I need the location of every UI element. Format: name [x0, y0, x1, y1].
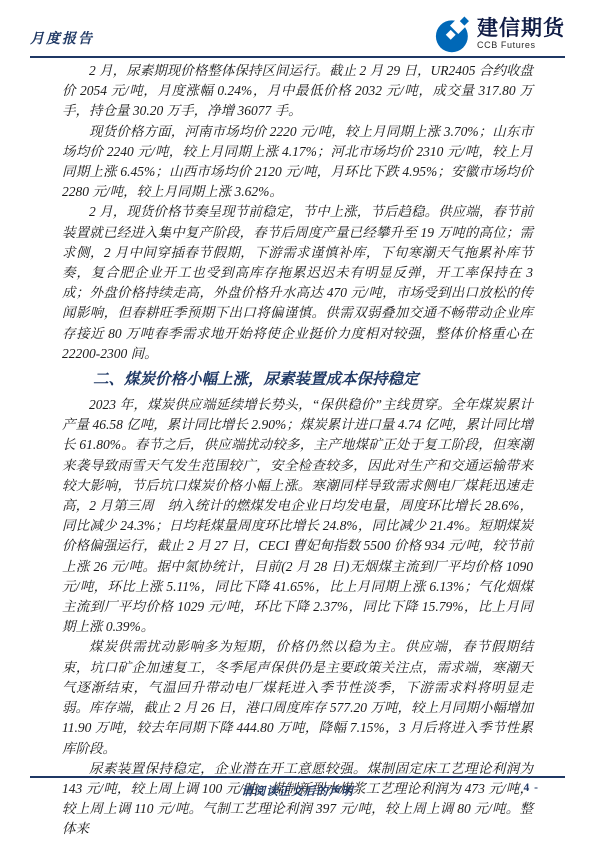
- paragraph-coal-outlook: 煤炭供需扰动影响多为短期，价格仍然以稳为主。供应端，春节假期结束，坑口矿企加速复…: [62, 637, 533, 758]
- ccb-futures-logo: 建信期货 CCB Futures: [434, 15, 565, 56]
- logo-brand-cn: 建信期货: [477, 18, 565, 39]
- paragraph-february-rhythm: 2 月，现货价格节奏呈现节前稳定，节中上涨，节后趋稳。供应端，春节前装置就已经进…: [62, 202, 533, 364]
- paragraph-coal-supply: 2023 年，煤炭供应端延续增长势头，“保供稳价”主线贯穿。全年煤炭累计产量 4…: [62, 395, 533, 637]
- ccb-logo-icon: [434, 15, 472, 53]
- page-number: - 4 -: [515, 782, 539, 794]
- report-page: 月度报告 建信期货 CCB Futures 2 月，尿素期现价格整体保持区间运行…: [0, 0, 595, 841]
- section-heading-coal: 二、煤炭价格小幅上涨，尿素装置成本保持稳定: [62, 369, 533, 391]
- paragraph-futures-price: 2 月，尿素期现价格整体保持区间运行。截止 2 月 29 日，UR2405 合约…: [62, 61, 533, 122]
- logo-brand-en: CCB Futures: [477, 41, 565, 50]
- logo-wordmark: 建信期货 CCB Futures: [477, 18, 565, 50]
- report-type-label: 月度报告: [30, 28, 94, 56]
- footer-disclaimer: 请阅读正文后的声明: [241, 783, 354, 799]
- page-footer: 请阅读正文后的声明 - 4 -: [30, 776, 565, 800]
- paragraph-spot-price: 现货价格方面，河南市场均价 2220 元/吨，较上月同期上涨 3.70%；山东市…: [62, 122, 533, 203]
- report-body: 2 月，尿素期现价格整体保持区间运行。截止 2 月 29 日，UR2405 合约…: [62, 61, 533, 840]
- page-header: 月度报告 建信期货 CCB Futures: [30, 0, 565, 58]
